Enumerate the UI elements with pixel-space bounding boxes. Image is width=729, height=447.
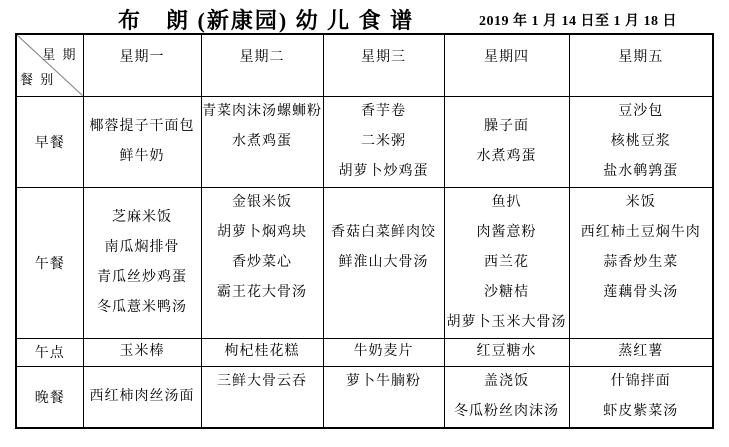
meal-row-breakfast: 早餐椰蓉提子干面包鲜牛奶青菜肉沫汤螺蛳粉水煮鸡蛋香芋卷二米粥胡萝卜炒鸡蛋臊子面水…	[16, 96, 713, 187]
menu-cell-lunch-wednesday: 香菇白菜鲜肉饺鲜淮山大骨汤	[323, 187, 444, 338]
menu-item: 玉米棒	[84, 341, 201, 363]
menu-item: 水煮鸡蛋	[202, 127, 323, 157]
menu-item	[324, 397, 444, 427]
menu-item: 萝卜牛腩粉	[324, 367, 444, 397]
menu-item: 胡萝卜焖鸡块	[202, 218, 323, 248]
menu-item: 莲藕骨头汤	[570, 278, 713, 308]
menu-item: 胡萝卜玉米大骨汤	[445, 308, 569, 338]
menu-cell-afternoon-snack-friday: 蒸红薯	[569, 338, 713, 366]
meal-label-lunch: 午餐	[16, 187, 83, 338]
menu-item: 鲜淮山大骨汤	[324, 248, 444, 278]
menu-item: 香菇白菜鲜肉饺	[324, 218, 444, 248]
meal-row-dinner: 晚餐西红柿肉丝汤面三鲜大骨云吞萝卜牛腩粉盖浇饭冬瓜粉丝肉沫汤什锦拌面虾皮紫菜汤	[16, 366, 713, 428]
menu-item: 西红柿肉丝汤面	[84, 382, 201, 412]
menu-item: 三鲜大骨云吞	[202, 367, 323, 397]
menu-item: 西红柿土豆焖牛肉	[570, 218, 713, 248]
menu-item: 冬瓜薏米鸭汤	[84, 293, 201, 323]
corner-label-meal: 餐 别	[20, 69, 55, 88]
menu-item: 青瓜丝炒鸡蛋	[84, 263, 201, 293]
menu-item: 霸王花大骨汤	[202, 278, 323, 308]
menu-cell-breakfast-thursday: 臊子面水煮鸡蛋	[444, 96, 569, 187]
meal-row-afternoon-snack: 午点玉米棒枸杞桂花糕牛奶麦片红豆糖水蒸红薯	[16, 338, 713, 366]
menu-cell-afternoon-snack-monday: 玉米棒	[83, 338, 201, 366]
menu-item: 臊子面	[445, 112, 569, 142]
menu-item: 鲜牛奶	[84, 142, 201, 172]
page-title: 布 朗 (新康园) 幼 儿 食 谱	[118, 4, 414, 35]
date-range: 2019 年 1 月 14 日至 1 月 18 日	[479, 10, 677, 30]
menu-item: 红豆糖水	[445, 341, 569, 363]
corner-cell: 星 期 餐 别	[16, 34, 83, 96]
menu-item: 鱼扒	[445, 188, 569, 218]
menu-item	[202, 397, 323, 427]
menu-cell-dinner-monday: 西红柿肉丝汤面	[83, 366, 201, 428]
menu-item: 沙糖桔	[445, 278, 569, 308]
menu-item: 米饭	[570, 188, 713, 218]
menu-cell-lunch-monday: 芝麻米饭南瓜焖排骨青瓜丝炒鸡蛋冬瓜薏米鸭汤	[83, 187, 201, 338]
day-header-monday: 星期一	[83, 34, 201, 96]
menu-item: 芝麻米饭	[84, 203, 201, 233]
menu-item: 冬瓜粉丝肉沫汤	[445, 397, 569, 427]
menu-cell-dinner-tuesday: 三鲜大骨云吞	[201, 366, 323, 428]
menu-item: 水煮鸡蛋	[445, 142, 569, 172]
meal-label-dinner: 晚餐	[16, 366, 83, 428]
menu-cell-dinner-friday: 什锦拌面虾皮紫菜汤	[569, 366, 713, 428]
menu-cell-afternoon-snack-tuesday: 枸杞桂花糕	[201, 338, 323, 366]
menu-item	[324, 308, 444, 338]
menu-cell-breakfast-friday: 豆沙包核桃豆浆盐水鹌鹑蛋	[569, 96, 713, 187]
menu-item: 蒸红薯	[570, 341, 713, 363]
menu-item: 香炒菜心	[202, 248, 323, 278]
menu-item: 蒜香炒生菜	[570, 248, 713, 278]
menu-item: 核桃豆浆	[570, 127, 713, 157]
menu-item: 金银米饭	[202, 188, 323, 218]
header-row: 星 期 餐 别 星期一星期二星期三星期四星期五	[16, 34, 713, 96]
menu-item: 虾皮紫菜汤	[570, 397, 713, 427]
menu-item: 盖浇饭	[445, 367, 569, 397]
menu-item: 青菜肉沫汤螺蛳粉	[202, 97, 323, 127]
menu-cell-afternoon-snack-thursday: 红豆糖水	[444, 338, 569, 366]
menu-item: 椰蓉提子干面包	[84, 112, 201, 142]
menu-item	[202, 308, 323, 338]
menu-item: 什锦拌面	[570, 367, 713, 397]
menu-cell-lunch-thursday: 鱼扒肉酱意粉西兰花沙糖桔胡萝卜玉米大骨汤	[444, 187, 569, 338]
menu-item: 盐水鹌鹑蛋	[570, 157, 713, 187]
day-header-wednesday: 星期三	[323, 34, 444, 96]
meal-label-afternoon-snack: 午点	[16, 338, 83, 366]
corner-label-week: 星 期	[42, 44, 77, 63]
menu-item	[324, 278, 444, 308]
menu-cell-dinner-wednesday: 萝卜牛腩粉	[323, 366, 444, 428]
menu-cell-breakfast-tuesday: 青菜肉沫汤螺蛳粉水煮鸡蛋	[201, 96, 323, 187]
menu-item: 南瓜焖排骨	[84, 233, 201, 263]
menu-item: 豆沙包	[570, 97, 713, 127]
menu-cell-breakfast-monday: 椰蓉提子干面包鲜牛奶	[83, 96, 201, 187]
day-header-friday: 星期五	[569, 34, 713, 96]
menu-item: 枸杞桂花糕	[202, 341, 323, 363]
menu-table: 星 期 餐 别 星期一星期二星期三星期四星期五 早餐椰蓉提子干面包鲜牛奶青菜肉沫…	[15, 33, 714, 429]
menu-item: 牛奶麦片	[324, 341, 444, 363]
menu-item: 香芋卷	[324, 97, 444, 127]
menu-cell-afternoon-snack-wednesday: 牛奶麦片	[323, 338, 444, 366]
menu-item	[324, 188, 444, 218]
menu-table-body: 早餐椰蓉提子干面包鲜牛奶青菜肉沫汤螺蛳粉水煮鸡蛋香芋卷二米粥胡萝卜炒鸡蛋臊子面水…	[16, 96, 713, 428]
meal-label-breakfast: 早餐	[16, 96, 83, 187]
day-header-tuesday: 星期二	[201, 34, 323, 96]
menu-item	[202, 157, 323, 187]
menu-cell-breakfast-wednesday: 香芋卷二米粥胡萝卜炒鸡蛋	[323, 96, 444, 187]
menu-item: 肉酱意粉	[445, 218, 569, 248]
menu-cell-lunch-tuesday: 金银米饭胡萝卜焖鸡块香炒菜心霸王花大骨汤	[201, 187, 323, 338]
menu-cell-dinner-thursday: 盖浇饭冬瓜粉丝肉沫汤	[444, 366, 569, 428]
menu-item: 胡萝卜炒鸡蛋	[324, 157, 444, 187]
meal-row-lunch: 午餐芝麻米饭南瓜焖排骨青瓜丝炒鸡蛋冬瓜薏米鸭汤金银米饭胡萝卜焖鸡块香炒菜心霸王花…	[16, 187, 713, 338]
menu-cell-lunch-friday: 米饭西红柿土豆焖牛肉蒜香炒生菜莲藕骨头汤	[569, 187, 713, 338]
menu-item: 西兰花	[445, 248, 569, 278]
menu-item: 二米粥	[324, 127, 444, 157]
menu-item	[570, 308, 713, 338]
day-header-thursday: 星期四	[444, 34, 569, 96]
